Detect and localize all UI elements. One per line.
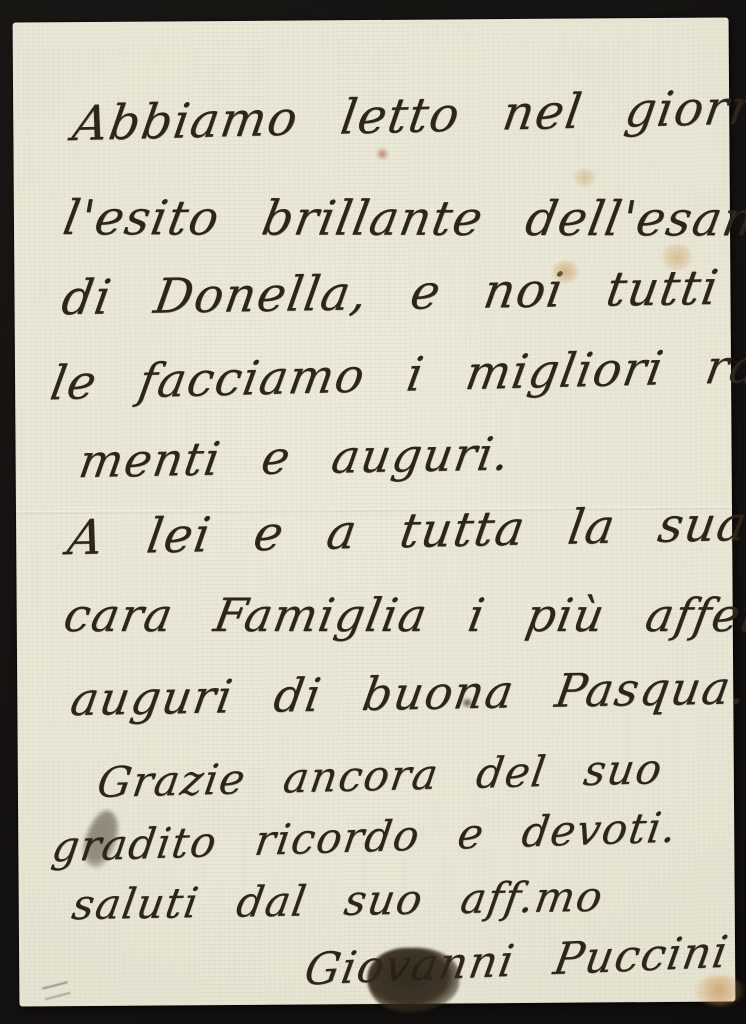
handwriting-line-10: gradito ricordo e devoti. (49, 802, 681, 871)
ink-speck (375, 148, 389, 160)
ink-speck (461, 697, 473, 708)
handwriting-line-11: saluti dal suo aff.mo (69, 872, 607, 929)
handwriting-line-4: le facciamo i migliori rallegra= (46, 334, 746, 411)
scan-background-frame: Abbiamo letto nel giornale l'esito brill… (0, 0, 746, 1024)
handwriting-line-9: Grazie ancora del suo (94, 744, 666, 807)
pencil-mark (42, 981, 70, 1000)
corner-stain (695, 975, 743, 1005)
foxing-stain (552, 261, 578, 283)
handwriting-line-6: A lei e a tutta la sua (64, 496, 746, 566)
handwriting-line-2: l'esito brillante dell'esame (59, 190, 746, 247)
foxing-stain (662, 244, 692, 270)
handwriting-line-5: menti e auguri. (75, 426, 514, 488)
handwriting-line-1: Abbiamo letto nel giornale (69, 77, 746, 152)
signature: Giovanni Puccini (301, 927, 733, 996)
letter-paper: Abbiamo letto nel giornale l'esito brill… (13, 18, 736, 1007)
handwriting-line-3: di Donella, e noi tutti (58, 260, 723, 326)
foxing-stain (574, 168, 596, 186)
ink-blot-on-signature (367, 947, 459, 1012)
handwriting-line-7: cara Famiglia i più affettuosi (60, 588, 746, 642)
handwriting-line-8: auguri di buona Pasqua. (67, 660, 746, 726)
